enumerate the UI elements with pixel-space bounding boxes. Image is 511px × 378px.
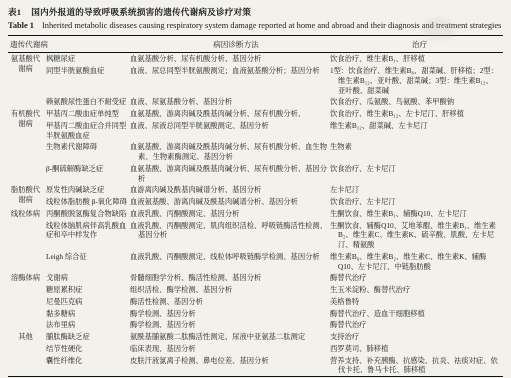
table-row: 结节性硬化临床表现、基因分析西罗莫司、肺移植	[8, 342, 503, 354]
disease-name: 黏多糖病	[44, 307, 136, 319]
disease-name: 甲基丙二酸血症合并同型半胱氨酸血症	[44, 119, 136, 141]
treatment: 生物素	[336, 141, 503, 163]
disease-name: 法布里病	[44, 319, 136, 331]
table-row: 溶酶体病戈谢病骨髓细胞学分析、酶活性检测、基因分析酶替代治疗	[8, 272, 503, 284]
diagnosis-methods: 酶学检测、基因分析	[136, 307, 336, 319]
diagnosis-methods: 血液乳酸、丙酮酸测定、基因分析	[136, 207, 336, 219]
disease-group-label: 氨基酸代谢病	[8, 52, 44, 107]
table-row: 有机酸代谢病甲基丙二酸血症单纯型血氨基酸、游离肉碱及酰基肉碱分析、尿有机酸分析、…	[8, 107, 503, 119]
header-treatment-col: 治疗	[336, 36, 503, 53]
table-title-cn: 表1国内外报道的导致呼吸系统损害的遗传代谢病及诊疗对策	[8, 6, 503, 18]
treatment: 美格鲁特	[336, 295, 503, 307]
treatment: 西罗莫司、肺移植	[336, 342, 503, 354]
diagnosis-methods: 临床表现、基因分析	[136, 342, 336, 354]
diagnosis-methods: 血液、尿液总同型半胱氨酸测定、基因分析	[136, 119, 336, 141]
disease-name: 线粒体脂肪酸 β-氧化障碍	[44, 196, 136, 208]
diagnosis-methods: 骨髓细胞学分析、酶活性检测、基因分析	[136, 272, 336, 284]
disease-name: 线粒体脑肌病伴高乳酸血症和卒中样发作	[44, 219, 136, 250]
disease-name: 甲基丙二酸血症单纯型	[44, 107, 136, 119]
disease-name: 同型半胱氨酸血症	[44, 64, 136, 95]
treatment: 饮食治疗、左卡尼汀	[336, 196, 503, 208]
treatment: 营养支持、补充胰酶、抗感染、抗炎、祛痰对症、依伐卡托、鲁马卡托、肺移植	[336, 354, 503, 376]
diagnosis-methods: 血氨基酸、游离肉碱及酰基肉碱分析、尿有机酸分析、	[136, 107, 336, 119]
treatment: 1型：饮食治疗、维生素B₆、甜菜碱、肝移植；2型：维生素B₁₂、亚叶酸、甜菜碱；…	[336, 64, 503, 95]
table-row: 脂肪酸代谢病原发性肉碱缺乏症血游离肉碱及酰基肉碱谱分析、基因分析左卡尼汀	[8, 184, 503, 196]
table-row: 线粒体病丙酮酸脱氢酶复合物缺陷血液乳酸、丙酮酸测定、基因分析生酮饮食、维生素B₁…	[8, 207, 503, 219]
treatment: 支持治疗	[336, 331, 503, 343]
table-number-cn: 表1	[8, 7, 21, 17]
disease-group-label: 溶酶体病	[8, 272, 44, 331]
diagnosis-methods: 血氨基酸、游离肉碱及酰基肉碱分析、尿有机酸分析、基因分析	[136, 162, 336, 184]
treatment: 酶替代治疗、造血干细胞移植	[336, 307, 503, 319]
treatment: 饮食治疗、瓜氨酸、鸟氨酸、苯甲酸钠	[336, 96, 503, 108]
diagnosis-methods: 血游离肉碱及酰基肉碱谱分析、基因分析	[136, 184, 336, 196]
table-row: β-酮硫解酶缺乏症血氨基酸、游离肉碱及酰基肉碱分析、尿有机酸分析、基因分析饮食治…	[8, 162, 503, 184]
disease-group-label: 有机酸代谢病	[8, 107, 44, 183]
table-number-en: Table 1	[8, 21, 34, 30]
diagnosis-methods: 血液乳酸、丙酮酸测定、肌肉组织活检、呼吸链酶活性检测、基因分析	[136, 219, 336, 250]
header-diagnosis-col: 病因诊断方法	[136, 36, 336, 53]
diagnosis-methods: 酶活性检测、基因分析	[136, 295, 336, 307]
treatment: 生酮饮食、辅酶Q10、艾地苯醌、维生素B₁、维生素B₂、维生素C、维生素K、硫辛…	[336, 219, 503, 250]
table-row: Leigh 综合征血液乳酸、丙酮酸测定、线粒体呼吸链酶学检测、基因分析维生素B₆…	[8, 250, 503, 272]
treatment: 生玉米淀粉、酶替代治疗	[336, 284, 503, 296]
diagnosis-methods: 血液、尿氨基酸分析、基因分析	[136, 96, 336, 108]
header-row: 遗传代谢病 病因诊断方法 治疗	[8, 36, 503, 53]
treatment: 维生素B₆、维生素B₂、维生素C、维生素K、辅酶Q10、左卡尼汀、中链脂肪酸	[336, 250, 503, 272]
disease-group-label: 脂肪酸代谢病	[8, 184, 44, 208]
paper-table-page: 表1国内外报道的导致呼吸系统损害的遗传代谢病及诊疗对策 Table 1Inher…	[0, 0, 511, 377]
disease-name: 丙酮酸脱氢酶复合物缺陷	[44, 207, 136, 219]
diagnosis-methods: 氨酰基脯氨酸二肽酶活性测定、尿液中亚氨基二肽测定	[136, 331, 336, 343]
disease-name: 脯肽酶缺乏症	[44, 331, 136, 343]
table-row: 法布里病酶学检测、基因分析酶替代治疗	[8, 319, 503, 331]
disease-name: 生物素代谢障碍	[44, 141, 136, 163]
treatment: 生酮饮食、维生素B₁、辅酶Q10、左卡尼汀	[336, 207, 503, 219]
disease-name: 原发性肉碱缺乏症	[44, 184, 136, 196]
diagnosis-methods: 血液、尿总同型半胱氨酸测定；血液氨基酸分析；基因分析	[136, 64, 336, 95]
disease-group-label: 其他	[8, 331, 44, 377]
treatment: 维生素B₁₂、甜菜碱、左卡尼汀	[336, 119, 503, 141]
table-row: 甲基丙二酸血症合并同型半胱氨酸血症血液、尿液总同型半胱氨酸测定、基因分析维生素B…	[8, 119, 503, 141]
imd-table: 遗传代谢病 病因诊断方法 治疗 氨基酸代谢病枫糖尿症血氨基酸分析、尿有机酸分析、…	[8, 35, 503, 376]
disease-group-label: 线粒体病	[8, 207, 44, 272]
disease-name: 枫糖尿症	[44, 52, 136, 64]
table-title-cn-text: 国内外报道的导致呼吸系统损害的遗传代谢病及诊疗对策	[31, 7, 251, 17]
diagnosis-methods: 血氨基酸分析、尿有机酸分析、基因分析	[136, 52, 336, 64]
diagnosis-methods: 血液乳酸、丙酮酸测定、线粒体呼吸链酶学检测、基因分析	[136, 250, 336, 272]
diagnosis-methods: 组织活检、酶学检测、基因分析	[136, 284, 336, 296]
header-disease-col: 遗传代谢病	[8, 36, 136, 53]
table-row: 尼曼匹克病酶活性检测、基因分析美格鲁特	[8, 295, 503, 307]
disease-name: β-酮硫解酶缺乏症	[44, 162, 136, 184]
disease-name: 糖原累积症	[44, 284, 136, 296]
table-row: 黏多糖病酶学检测、基因分析酶替代治疗、造血干细胞移植	[8, 307, 503, 319]
treatment: 饮食治疗、左卡尼汀	[336, 162, 503, 184]
treatment: 左卡尼汀	[336, 184, 503, 196]
treatment: 酶替代治疗	[336, 319, 503, 331]
disease-name: 结节性硬化	[44, 342, 136, 354]
disease-name: 戈谢病	[44, 272, 136, 284]
table-row: 同型半胱氨酸血症血液、尿总同型半胱氨酸测定；血液氨基酸分析；基因分析1型：饮食治…	[8, 64, 503, 95]
table-row: 糖原累积症组织活检、酶学检测、基因分析生玉米淀粉、酶替代治疗	[8, 284, 503, 296]
diagnosis-methods: 皮肤汗液氯离子检测、鼻电位差、基因分析	[136, 354, 336, 376]
table-title-en-text: Inherited metabolic diseases causing res…	[42, 21, 501, 30]
treatment: 饮食治疗、维生素B₁₂、左卡尼汀、肝移植	[336, 107, 503, 119]
table-row: 其他脯肽酶缺乏症氨酰基脯氨酸二肽酶活性测定、尿液中亚氨基二肽测定支持治疗	[8, 331, 503, 343]
table-row: 线粒体脑肌病伴高乳酸血症和卒中样发作血液乳酸、丙酮酸测定、肌肉组织活检、呼吸链酶…	[8, 219, 503, 250]
table-row: 囊性纤维化皮肤汗液氯离子检测、鼻电位差、基因分析营养支持、补充胰酶、抗感染、抗炎…	[8, 354, 503, 376]
treatment: 饮食治疗、维生素B₁、肝移植	[336, 52, 503, 64]
table-row: 生物素代谢障碍血氨基酸、游离肉碱及酰基肉碱分析、尿有机酸分析、血生物素、生物素酶…	[8, 141, 503, 163]
table-title-en: Table 1Inherited metabolic diseases caus…	[8, 20, 503, 32]
diagnosis-methods: 酶学检测、基因分析	[136, 319, 336, 331]
disease-name: 尼曼匹克病	[44, 295, 136, 307]
diagnosis-methods: 血氨基酸、游离肉碱及酰基肉碱分析、尿有机酸分析、血生物素、生物素酶测定、基因分析	[136, 141, 336, 163]
diagnosis-methods: 血液氨基酸、游离肉碱及酰基肉碱谱分析、基因分析	[136, 196, 336, 208]
table-row: 氨基酸代谢病枫糖尿症血氨基酸分析、尿有机酸分析、基因分析饮食治疗、维生素B₁、肝…	[8, 52, 503, 64]
disease-name: 囊性纤维化	[44, 354, 136, 376]
disease-name: 赖氨酸尿性蛋白不耐受症	[44, 96, 136, 108]
table-row: 线粒体脂肪酸 β-氧化障碍血液氨基酸、游离肉碱及酰基肉碱谱分析、基因分析饮食治疗…	[8, 196, 503, 208]
treatment: 酶替代治疗	[336, 272, 503, 284]
table-row: 赖氨酸尿性蛋白不耐受症血液、尿氨基酸分析、基因分析饮食治疗、瓜氨酸、鸟氨酸、苯甲…	[8, 96, 503, 108]
disease-name: Leigh 综合征	[44, 250, 136, 272]
